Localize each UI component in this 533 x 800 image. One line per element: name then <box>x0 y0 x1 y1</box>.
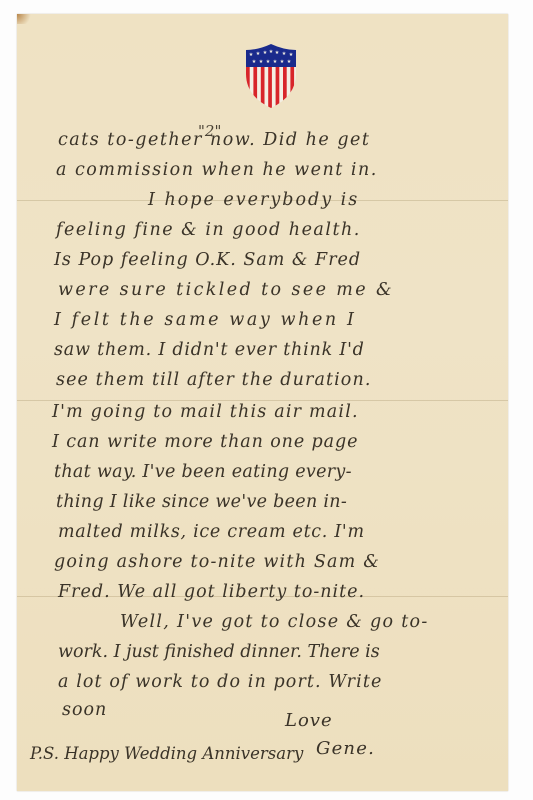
letter-line: I felt the same way when I <box>54 310 356 330</box>
letter-line: thing I like since we've been in- <box>56 492 347 512</box>
letter-body: "2" cats to-gether now. Did he get a com… <box>0 0 533 800</box>
signature: Gene. <box>316 738 375 759</box>
postscript: P.S. Happy Wedding Anniversary <box>30 744 303 763</box>
letter-line: Is Pop feeling O.K. Sam & Fred <box>54 250 361 270</box>
letter-line: a lot of work to do in port. Write <box>58 672 382 692</box>
letter-line: that way. I've been eating every- <box>54 462 352 482</box>
letter-line: feeling fine & in good health. <box>56 220 361 240</box>
letter-line: Fred. We all got liberty to-nite. <box>58 582 365 602</box>
letter-line: saw them. I didn't ever think I'd <box>54 340 365 360</box>
letter-line: I hope everybody is <box>148 190 359 210</box>
letter-line: cats to-gether now. Did he get <box>58 130 370 150</box>
letter-line: work. I just finished dinner. There is <box>58 642 380 662</box>
letter-line: malted milks, ice cream etc. I'm <box>58 522 365 542</box>
letter-line: Well, I've got to close & go to- <box>120 612 429 632</box>
letter-line: were sure tickled to see me & <box>58 280 394 300</box>
letter-line: going ashore to-nite with Sam & <box>54 552 380 572</box>
letter-line: I'm going to mail this air mail. <box>52 402 359 422</box>
letter-line: I can write more than one page <box>52 432 358 452</box>
closing: Love <box>285 710 333 731</box>
letter-line: see them till after the duration. <box>56 370 371 390</box>
letter-line: a commission when he went in. <box>56 160 378 180</box>
letter-line: soon <box>62 700 107 720</box>
